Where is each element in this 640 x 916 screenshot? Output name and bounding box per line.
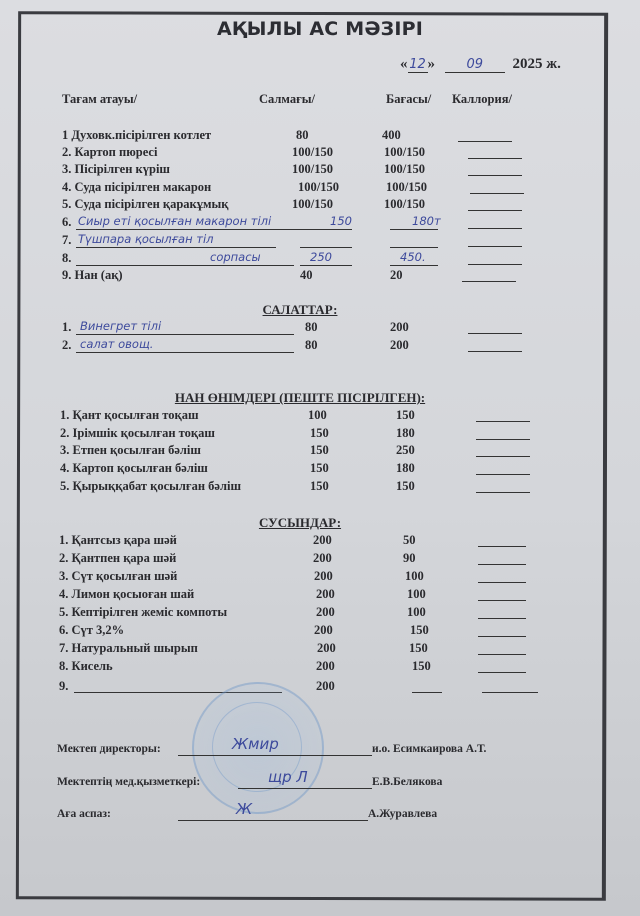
bakery-item-name: 1. Қант қосылған тоқаш [60, 408, 199, 423]
bakery-item-price: 150 [396, 408, 415, 423]
bakery-item-name: 2. Ірімшік қосылған тоқаш [60, 426, 215, 441]
weight-fill-line [300, 229, 352, 230]
column-header-name: Тағам атауы/ [62, 92, 137, 107]
bakery-item-weight: 100 [308, 408, 327, 423]
drink-item-price: 100 [405, 569, 424, 584]
drink-item-weight: 200 [314, 569, 333, 584]
bakery-item-name: 4. Картоп қосылған бәліш [60, 461, 208, 476]
menu-item-name: 9. Нан (ақ) [62, 268, 123, 283]
drink-item-price: 150 [410, 623, 429, 638]
calories-fill-line [478, 636, 526, 637]
calories-fill-line [478, 654, 526, 655]
salad-weight: 80 [305, 320, 318, 335]
menu-item-handwritten: сорпасы [210, 250, 261, 264]
calories-fill-line [478, 672, 526, 673]
column-header-price: Бағасы/ [386, 92, 431, 107]
salads-heading: САЛАТТАР: [0, 302, 600, 318]
drink-item-name: 5. Кептірілген жеміс компоты [59, 605, 227, 620]
drink-item-weight: 200 [314, 623, 333, 638]
signatory-name: и.о. Есимкаирова А.Т. [372, 743, 486, 755]
menu-item-name: 4. Суда пісірілген макарон [62, 180, 211, 195]
calories-fill-line [468, 228, 522, 229]
salad-price: 200 [390, 320, 409, 335]
menu-item-price: 20 [390, 268, 403, 283]
drink-item-name: 3. Сүт қосылған шәй [59, 569, 177, 584]
menu-item-price: 100/150 [384, 162, 425, 177]
bakery-item-name: 5. Қырыққабат қосылған бәліш [60, 479, 241, 494]
salad-handwritten: Винегрет тілі [80, 319, 161, 333]
menu-item-name: 1 Духовк.пісірілген котлет [62, 128, 211, 143]
drink-item-weight: 200 [313, 533, 332, 548]
price-fill-line [412, 692, 442, 693]
calories-fill-line [482, 692, 538, 693]
menu-item-price: 450. [400, 250, 426, 264]
drink-item-price: 150 [409, 641, 428, 656]
bakery-item-name: 3. Етпен қосылған бәліш [60, 443, 201, 458]
name-fill-line [76, 334, 294, 335]
menu-item-weight: 100/150 [292, 162, 333, 177]
calories-fill-line [478, 582, 526, 583]
drink-item-weight: 200 [317, 641, 336, 656]
price-fill-line [390, 229, 438, 230]
signature-line [178, 820, 368, 821]
bakery-item-price: 180 [396, 461, 415, 476]
signatory-name: Е.В.Белякова [372, 776, 442, 788]
name-fill-line [76, 352, 294, 353]
calories-fill-line [478, 546, 526, 547]
drink-item-name: 9. [59, 679, 68, 694]
signature-line [238, 788, 372, 789]
menu-item-handwritten: Сиыр еті қосылған макарон тілі [78, 214, 271, 228]
calories-fill-line [468, 210, 522, 211]
document-title: АҚЫЛЫ АС МӘЗІРІ [0, 18, 640, 40]
calories-fill-line [476, 492, 530, 493]
price-fill-line [390, 265, 438, 266]
calories-fill-line [468, 158, 522, 159]
handwritten-signature: Жмир [232, 735, 279, 753]
column-header-weight: Салмағы/ [259, 92, 315, 107]
name-fill-line [76, 265, 294, 266]
bakery-item-price: 250 [396, 443, 415, 458]
salad-price: 200 [390, 338, 409, 353]
drink-item-weight: 200 [313, 551, 332, 566]
signatory-name: А.Журавлева [368, 808, 437, 820]
salad-weight: 80 [305, 338, 318, 353]
salad-number: 2. [62, 338, 71, 353]
menu-item-name: 3. Пісірілген күріш [62, 162, 170, 177]
signature-line [178, 755, 372, 756]
bakery-heading: НАН ӨНІМДЕРІ (ПЕШТЕ ПІСІРІЛГЕН): [0, 390, 600, 406]
calories-fill-line [478, 600, 526, 601]
price-fill-line [390, 247, 438, 248]
menu-item-price: 400 [382, 128, 401, 143]
menu-item-weight: 100/150 [298, 180, 339, 195]
drink-item-weight: 200 [316, 605, 335, 620]
calories-fill-line [478, 564, 526, 565]
handwritten-signature: щр Л [268, 768, 308, 786]
bakery-item-weight: 150 [310, 479, 329, 494]
menu-item-price: 100/150 [386, 180, 427, 195]
menu-item-number: 8. [62, 251, 71, 266]
weight-fill-line [300, 265, 352, 266]
calories-fill-line [476, 439, 530, 440]
date-year: 2025 ж. [513, 56, 561, 72]
calories-fill-line [470, 193, 524, 194]
menu-item-name: 2. Картоп пюресі [62, 145, 157, 160]
menu-item-price: 100/150 [384, 145, 425, 160]
drink-item-weight: 200 [316, 587, 335, 602]
menu-item-handwritten: Түшпара қосылған тіл [78, 232, 214, 246]
calories-fill-line [476, 421, 530, 422]
drink-item-name: 2. Қантпен қара шәй [59, 551, 176, 566]
drink-item-price: 90 [403, 551, 416, 566]
drink-item-name: 4. Лимон қосыоған шай [59, 587, 194, 602]
name-fill-line [76, 247, 276, 248]
drink-item-name: 6. Сүт 3,2% [59, 623, 124, 638]
date-day: 12 [408, 57, 428, 73]
calories-fill-line [478, 618, 526, 619]
calories-fill-line [476, 456, 530, 457]
menu-item-weight: 250 [310, 250, 332, 264]
menu-item-weight: 80 [296, 128, 309, 143]
menu-sheet: АҚЫЛЫ АС МӘЗІРІ «12» 09 2025 ж. Тағам ат… [0, 0, 640, 916]
menu-item-weight: 100/150 [292, 145, 333, 160]
salad-number: 1. [62, 320, 71, 335]
drinks-heading: СУСЫНДАР: [0, 515, 600, 531]
calories-fill-line [462, 281, 516, 282]
bakery-item-price: 150 [396, 479, 415, 494]
column-header-calories: Каллория/ [452, 92, 512, 107]
drink-item-name: 1. Қантсыз қара шәй [59, 533, 177, 548]
drink-item-weight: 200 [316, 679, 335, 694]
drink-item-price: 100 [407, 587, 426, 602]
menu-item-weight: 100/150 [292, 197, 333, 212]
calories-fill-line [458, 141, 512, 142]
signature-role: Аға аспаз: [57, 808, 111, 820]
signature-role: Мектеп директоры: [57, 743, 161, 755]
menu-date: «12» 09 2025 ж. [400, 56, 561, 73]
bakery-item-weight: 150 [310, 443, 329, 458]
drink-item-weight: 200 [316, 659, 335, 674]
calories-fill-line [468, 175, 522, 176]
calories-fill-line [468, 264, 522, 265]
menu-item-price: 180т [412, 214, 441, 228]
weight-fill-line [300, 247, 352, 248]
name-fill-line [76, 229, 306, 230]
drink-item-price: 150 [412, 659, 431, 674]
handwritten-signature: Ж [236, 800, 252, 818]
menu-item-weight: 150 [330, 214, 352, 228]
drink-item-name: 8. Кисель [59, 659, 113, 674]
bakery-item-weight: 150 [310, 461, 329, 476]
bakery-item-price: 180 [396, 426, 415, 441]
menu-item-number: 7. [62, 233, 71, 248]
calories-fill-line [468, 246, 522, 247]
calories-fill-line [468, 351, 522, 352]
menu-item-weight: 40 [300, 268, 313, 283]
menu-item-price: 100/150 [384, 197, 425, 212]
signature-role: Мектептің мед.қызметкері: [57, 776, 200, 788]
drink-item-price: 50 [403, 533, 416, 548]
drink-item-price: 100 [407, 605, 426, 620]
salad-handwritten: салат овощ. [80, 337, 153, 351]
calories-fill-line [476, 474, 530, 475]
menu-item-name: 5. Суда пісірілген қаракұмық [62, 197, 228, 212]
bakery-item-weight: 150 [310, 426, 329, 441]
drink-item-name: 7. Натуральный шырып [59, 641, 198, 656]
date-month: 09 [445, 57, 505, 73]
calories-fill-line [468, 333, 522, 334]
menu-item-number: 6. [62, 215, 71, 230]
